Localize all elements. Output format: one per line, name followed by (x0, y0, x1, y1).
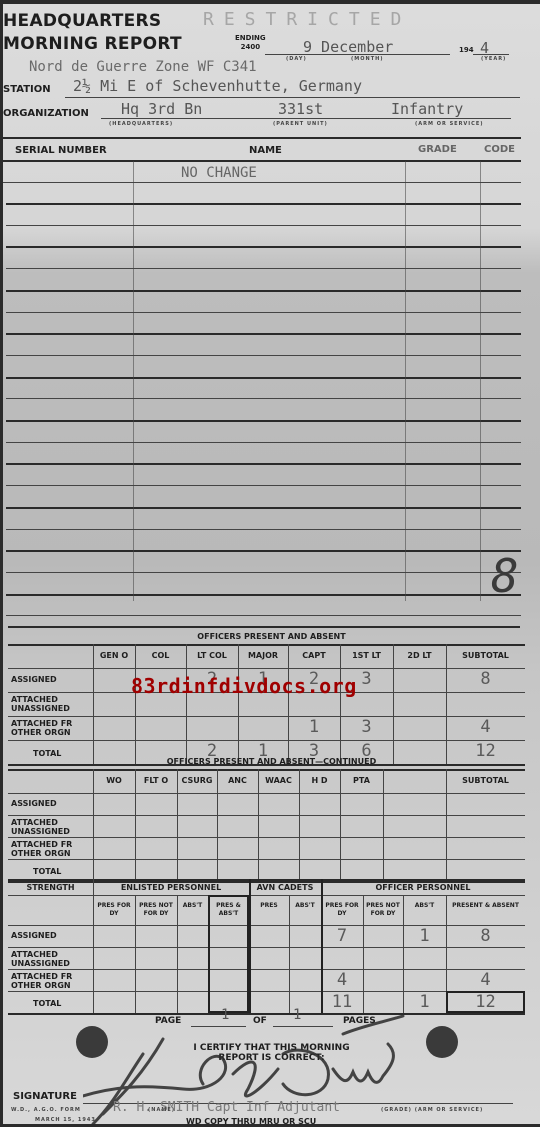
column-serial-number: SERIAL NUMBER (15, 145, 107, 156)
ruled-line (6, 246, 521, 248)
cell-value: 4 (446, 970, 525, 990)
ruled-line (6, 572, 521, 573)
ruled-line (6, 485, 521, 486)
grand-total-box (446, 991, 525, 1013)
column-header: 2D LT (393, 651, 446, 660)
report-date: 9 December (303, 38, 393, 56)
column-divider (177, 895, 178, 1013)
column-header: PRES (249, 902, 289, 910)
column-header: MAJOR (238, 651, 288, 660)
ruled-line (6, 312, 521, 313)
ruled-line (6, 355, 521, 356)
ruled-line (6, 398, 521, 399)
column-header: PRES FOR DY (93, 902, 135, 918)
caption-grade-arm: (GRADE) (ARM OR SERVICE) (381, 1107, 483, 1113)
column-header: PRESENT & ABSENT (446, 902, 525, 910)
caption-name: (NAME) (148, 1107, 175, 1113)
caption-parent-unit: (PARENT UNIT) (273, 121, 328, 127)
column-header: LT COL (186, 651, 238, 660)
strength-label: STRENGTH (8, 883, 93, 892)
column-header: SUBTOTAL (446, 776, 525, 785)
ending-label: ENDING 2400 (235, 34, 266, 52)
form-title-line2: MORNING REPORT (3, 34, 182, 54)
column-divider (340, 769, 341, 881)
column-divider (480, 161, 481, 601)
row-label: ASSIGNED (11, 931, 75, 940)
ruled-line (6, 420, 521, 422)
day-caption: (DAY) (286, 56, 307, 62)
column-divider (258, 769, 259, 881)
cell-value: 4 (321, 970, 363, 990)
cell-value: 3 (340, 717, 393, 737)
column-header: WAAC (258, 776, 299, 785)
table-rule (8, 644, 525, 646)
column-grade: GRADE (418, 144, 457, 155)
row-label: ATTACHED UNASSIGNED (11, 950, 75, 968)
station-label: STATION (3, 84, 51, 95)
column-divider (405, 161, 406, 601)
signature-label: SIGNATURE (13, 1091, 77, 1102)
officers-continued-title: OFFICERS PRESENT AND ABSENT—CONTINUED (3, 757, 540, 766)
column-divider (135, 644, 136, 764)
column-header: ABS'T (177, 902, 208, 910)
column-header: PTA (340, 776, 383, 785)
roster-entry: NO CHANGE (181, 165, 257, 181)
cell-value: 1 (403, 992, 446, 1012)
row-label: ATTACHED FR OTHER ORGN (11, 972, 75, 990)
cell-value: 4 (446, 717, 525, 737)
column-name: NAME (249, 145, 282, 156)
row-label: ATTACHED FR OTHER ORGN (11, 840, 75, 858)
column-header: ABS'T (289, 902, 321, 910)
margin-mark: 8 (491, 549, 519, 603)
copy-note: WD COPY THRU MRU OR SCU (186, 1117, 316, 1126)
table-rule (8, 815, 525, 816)
form-date: MARCH 15, 1943 (35, 1117, 96, 1123)
row-label: ASSIGNED (11, 799, 75, 808)
column-divider (393, 644, 394, 764)
ruled-line (6, 377, 521, 379)
column-header: PRES NOT FOR DY (363, 902, 403, 918)
column-divider (133, 161, 134, 601)
row-label: ATTACHED FR OTHER ORGN (11, 719, 75, 737)
caption-headquarters: (HEADQUARTERS) (109, 121, 173, 127)
column-divider (93, 769, 94, 881)
cell-value: 1 (288, 717, 340, 737)
table-rule (8, 769, 525, 771)
column-header: FLT O (135, 776, 177, 785)
group-header: ENLISTED PERSONNEL (93, 883, 249, 892)
row-label: TOTAL (33, 999, 61, 1008)
column-header: SUBTOTAL (446, 651, 525, 660)
caption-arm: (ARM OR SERVICE) (415, 121, 484, 127)
column-header: ABS'T (403, 902, 446, 910)
organization-label: ORGANIZATION (3, 108, 89, 119)
ruled-line (6, 507, 521, 509)
table-rule (8, 793, 525, 794)
column-header: GEN O (93, 651, 135, 660)
classification-stamp: RESTRICTED (203, 9, 411, 30)
column-divider (383, 769, 384, 881)
officers-table-title: OFFICERS PRESENT AND ABSENT (3, 632, 540, 641)
column-header: CSURG (177, 776, 217, 785)
column-header: WO (93, 776, 135, 785)
form-title-line1: HEADQUARTERS (3, 11, 161, 31)
table-rule (8, 879, 525, 881)
row-label: TOTAL (33, 867, 97, 876)
group-header: OFFICER PERSONNEL (321, 883, 525, 892)
row-label: ATTACHED UNASSIGNED (11, 818, 75, 836)
column-header: PRES NOT FOR DY (135, 902, 177, 918)
column-divider (299, 769, 300, 881)
organization-headquarters: Hq 3rd Bn (121, 100, 202, 118)
table-rule (8, 947, 525, 948)
ruled-line (6, 529, 521, 530)
location-note: Nord de Guerre Zone WF C341 (29, 59, 257, 75)
column-header: COL (135, 651, 186, 660)
ruled-line (6, 615, 521, 616)
table-rule (8, 895, 525, 896)
ruled-line (6, 594, 521, 596)
column-divider (289, 895, 290, 1013)
table-rule (8, 859, 525, 860)
column-divider (93, 879, 94, 1013)
ending-label-1: ENDING (235, 34, 266, 43)
morning-report-document: HEADQUARTERS MORNING REPORT RESTRICTED E… (3, 4, 540, 1124)
column-header: CAPT (288, 651, 340, 660)
cell-value: 1 (403, 926, 446, 946)
column-divider (217, 769, 218, 881)
column-header: H D (299, 776, 340, 785)
station-value: 2½ Mi E of Schevenhutte, Germany (73, 77, 362, 95)
ruled-line (6, 550, 521, 552)
cell-value: 11 (321, 992, 363, 1012)
column-divider (177, 769, 178, 881)
ruled-line (6, 290, 521, 292)
watermark: 83rdinfdivdocs.org (131, 674, 357, 698)
group-header: AVN CADETS (249, 883, 321, 892)
organization-arm: Infantry (391, 100, 463, 118)
cell-value: 8 (446, 669, 525, 689)
boxed-column (208, 895, 249, 1013)
column-code: CODE (484, 144, 515, 155)
row-label: ATTACHED UNASSIGNED (11, 695, 75, 713)
ruled-line (6, 225, 521, 226)
form-number: W.D., A.G.O. FORM (11, 1107, 81, 1113)
row-label: ASSIGNED (11, 675, 75, 684)
year-prefix: 194 (459, 46, 474, 54)
year-caption: (YEAR) (481, 56, 506, 62)
organization-parent-unit: 331st (278, 100, 323, 118)
month-caption: (MONTH) (351, 56, 384, 62)
ruled-line (6, 442, 521, 443)
cell-value: 7 (321, 926, 363, 946)
column-header: PRES FOR DY (321, 902, 363, 918)
ruled-line (6, 203, 521, 205)
ending-label-2: 2400 (235, 43, 266, 52)
column-header: 1ST LT (340, 651, 393, 660)
cell-value: 8 (446, 926, 525, 946)
column-divider (249, 879, 251, 1013)
table-rule (8, 837, 525, 838)
column-divider (93, 644, 94, 764)
column-divider (135, 769, 136, 881)
ruled-line (6, 463, 521, 465)
column-header: ANC (217, 776, 258, 785)
column-divider (446, 769, 447, 881)
ruled-line (6, 333, 521, 335)
ruled-line (6, 268, 521, 269)
